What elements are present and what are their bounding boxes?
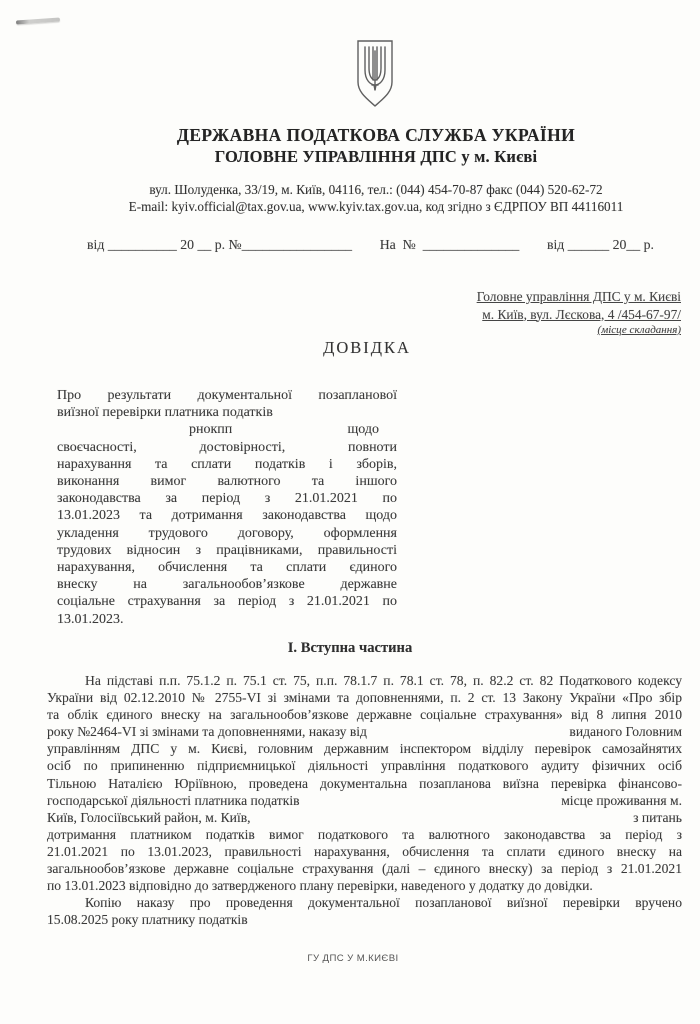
section-heading-intro: І. Вступна частина — [0, 640, 700, 657]
issue-place-line1: Головне управління ДПС у м. Києві — [477, 288, 681, 306]
text-line: Копію наказу про проведення документальн… — [47, 894, 682, 911]
text-line: На підставі п.п. 75.1.2 п. 75.1 ст. 75, … — [47, 672, 682, 689]
text-line: 21.01.2021 по 13.01.2023, правильності н… — [47, 843, 682, 860]
incoming-date-blank: від ______ 20__ р. — [547, 237, 654, 253]
text-line: Про результати документальної позапланов… — [57, 387, 397, 404]
place-of-issue-block: Головне управління ДПС у м. Києві м. Киї… — [477, 288, 681, 338]
text-segment: Київ, Голосіївський район, м. Київ, — [47, 809, 251, 826]
document-body: На підставі п.п. 75.1.2 п. 75.1 ст. 75, … — [47, 672, 682, 928]
text-line: загальнообов’язкове державне соціальне с… — [47, 860, 682, 877]
issue-place-line2: м. Київ, вул. Лєскова, 4 /454-67-97/ — [477, 306, 681, 324]
outgoing-ref-blank: від __________ 20 __ р. №_______________… — [87, 237, 352, 253]
text-segment: з питань — [633, 809, 682, 826]
text-line: своєчасності, достовірності, повноти — [57, 439, 397, 456]
text-line: 13.01.2023 та дотримання законодавства щ… — [57, 507, 397, 524]
org-name-line1: ДЕРЖАВНА ПОДАТКОВА СЛУЖБА УКРАЇНИ — [26, 124, 700, 146]
text-segment: місце проживання м. — [561, 792, 682, 809]
reference-number-line: від __________ 20 __ р. №_______________… — [87, 237, 654, 253]
document-title: ДОВІДКА — [17, 338, 700, 358]
text-line: 15.08.2025 року платнику податків — [47, 911, 682, 928]
address-line: вул. Шолуденка, 33/19, м. Київ, 04116, т… — [26, 181, 700, 198]
text-line: 13.01.2023. — [57, 611, 397, 628]
subject-paragraph: Про результати документальної позапланов… — [57, 387, 397, 628]
text-segment: виданого Головним — [569, 723, 682, 740]
text-line: виконання вимог валютного та іншого — [57, 473, 397, 490]
intro-paragraph: На підставі п.п. 75.1.2 п. 75.1 ст. 75, … — [47, 672, 682, 894]
text-line: внеску на загальнообов’язкове державне — [57, 576, 397, 593]
text-line: управлінням ДПС у м. Києві, головним дер… — [47, 740, 682, 757]
text-line: осіб по припиненню підприємницької діяль… — [47, 757, 682, 774]
text-line: дотримання платником податків вимог пода… — [47, 826, 682, 843]
text-line: по 13.01.2023 відповідно до затвердженог… — [47, 877, 682, 894]
text-line: Київ, Голосіївський район, м. Київ,з пит… — [47, 809, 682, 826]
text-line: року №2464-VI зі змінами та доповненнями… — [47, 723, 682, 740]
text-line: господарської діяльності платника податк… — [47, 792, 682, 809]
text-line: трудових відносин з працівниками, правил… — [57, 542, 397, 559]
issue-place-caption: (місце складання) — [477, 323, 681, 338]
text-line: нарахування та сплати податків і зборів, — [57, 456, 397, 473]
scanned-document-page: ДЕРЖАВНА ПОДАТКОВА СЛУЖБА УКРАЇНИ ГОЛОВН… — [0, 0, 700, 1024]
text-line: та облік єдиного внеску на загальнообов’… — [47, 706, 682, 723]
text-line: рнокппщодо — [57, 421, 397, 438]
organization-header: ДЕРЖАВНА ПОДАТКОВА СЛУЖБА УКРАЇНИ ГОЛОВН… — [26, 124, 700, 167]
order-copy-paragraph: Копію наказу про проведення документальн… — [47, 894, 682, 928]
ukraine-trident-emblem-icon — [351, 38, 399, 110]
text-segment: року №2464-VI зі змінами та доповненнями… — [47, 723, 367, 740]
text-line: України від 02.12.2010 № 2755-VI зі змін… — [47, 689, 682, 706]
text-line: законодавства за період з 21.01.2021 по — [57, 490, 397, 507]
text-segment: рнокпп — [189, 421, 232, 438]
text-line: укладення трудового договору, оформлення — [57, 525, 397, 542]
text-segment: щодо — [348, 421, 380, 438]
staple-mark — [16, 17, 60, 24]
contact-info: вул. Шолуденка, 33/19, м. Київ, 04116, т… — [26, 181, 700, 215]
page-footer: ГУ ДПС У М.КИЄВІ — [0, 953, 700, 964]
text-line: соціальне страхування за період з 21.01.… — [57, 593, 397, 610]
text-segment: господарської діяльності платника податк… — [47, 792, 300, 809]
org-name-line2: ГОЛОВНЕ УПРАВЛІННЯ ДПС у м. Києві — [26, 146, 700, 167]
email-line: E-mail: kyiv.official@tax.gov.ua, www.ky… — [26, 198, 700, 215]
incoming-ref-blank: На № ______________ — [380, 237, 520, 253]
text-line: виїзної перевірки платника податків — [57, 404, 397, 421]
text-line: нарахування, обчислення та сплати єдиног… — [57, 559, 397, 576]
text-line: Тільною Наталією Юріївною, проведена док… — [47, 775, 682, 792]
